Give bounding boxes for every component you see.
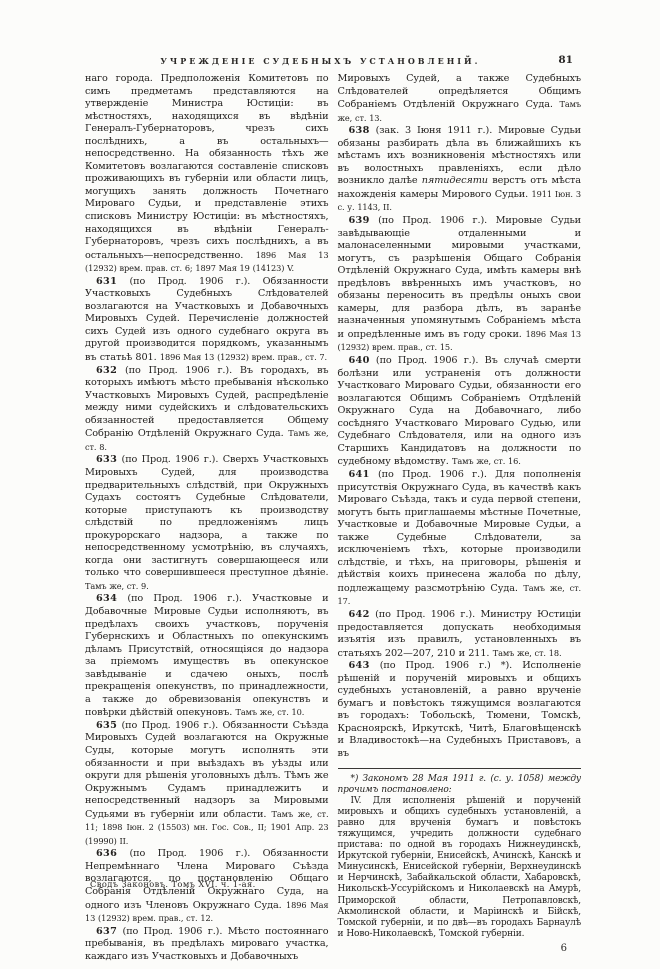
paragraph: *) Закономъ 28 Мая 1911 г. (с. у. 1058) … — [338, 774, 582, 796]
text-run: наго города. Предположенія Комитетовъ по… — [85, 73, 329, 261]
text-run: IV. Для исполненія рѣшеній и порученій м… — [338, 796, 582, 939]
text-run: (по Прод. 1906 г.). Обязанности Съѣзда М… — [85, 720, 329, 820]
text-run: *) Закономъ 28 Мая 1911 г. (с. у. 1058) … — [338, 774, 582, 795]
text-run: (по Прод. 1906 г.). Мировые Судьи завѣды… — [338, 215, 582, 340]
text-columns: наго города. Предположенія Комитетовъ по… — [85, 73, 581, 963]
paragraph: IV. Для исполненія рѣшеній и порученій м… — [338, 796, 582, 940]
text-run: 640 — [349, 355, 370, 366]
paragraph: Мировыхъ Судей, а также Судебныхъ Слѣдов… — [338, 73, 582, 125]
text-run: (по Прод. 1906 г.). Для пополненія прису… — [338, 469, 582, 594]
paragraph: наго города. Предположенія Комитетовъ по… — [85, 73, 329, 276]
paragraph: 638 (зак. 3 Іюня 1911 г.). Мировые Судьи… — [338, 125, 582, 215]
page-number: 81 — [558, 54, 573, 66]
text-run: Тамъ же, ст. 10. — [235, 707, 304, 717]
text-run: 637 — [96, 926, 117, 937]
text-run: Тамъ же, ст. 16. — [452, 456, 521, 466]
paragraph: 637 (по Прод. 1906 г.). Мѣсто постояннаг… — [85, 926, 329, 964]
text-run: (по Прод. 1906 г.). Сверхъ Участковыхъ М… — [85, 454, 329, 578]
text-run: 641 — [349, 469, 370, 480]
text-run: 633 — [96, 454, 117, 465]
footer-edition: Сводъ Законовъ. Томъ XVI. ч. 1-ая. — [90, 879, 256, 889]
scanned-book-page: УЧРЕЖДЕНІЕ СУДЕБНЫХЪ УСТАНОВЛЕНІЙ. 81 на… — [0, 0, 660, 969]
text-run: (по Прод. 1906 г.). Обязанности Участков… — [85, 276, 329, 363]
column-right-main: Мировыхъ Судей, а также Судебныхъ Слѣдов… — [338, 73, 582, 761]
paragraph: 640 (по Прод. 1906 г.). Въ случаѣ смерти… — [338, 355, 582, 469]
text-run: (по Прод. 1906 г.). Участковые и Добавоч… — [85, 593, 329, 718]
paragraph: 633 (по Прод. 1906 г.). Сверхъ Участковы… — [85, 454, 329, 593]
text-run: 643 — [349, 660, 370, 671]
text-run: 631 — [96, 276, 117, 287]
text-run: (по Прод. 1906 г.). Въ случаѣ смерти бол… — [338, 355, 582, 467]
column-left: наго города. Предположенія Комитетовъ по… — [85, 73, 329, 963]
text-run: 639 — [349, 215, 370, 226]
column-right: Мировыхъ Судей, а также Судебныхъ Слѣдов… — [338, 73, 582, 963]
running-header: УЧРЕЖДЕНІЕ СУДЕБНЫХЪ УСТАНОВЛЕНІЙ. 81 — [85, 56, 575, 70]
text-run: 636 — [96, 848, 117, 859]
paragraph: 634 (по Прод. 1906 г.). Участковые и Доб… — [85, 593, 329, 719]
paragraph: 639 (по Прод. 1906 г.). Мировые Судьи за… — [338, 215, 582, 355]
text-run: Тамъ же, ст. 18. — [493, 648, 562, 658]
text-run: 642 — [349, 609, 370, 620]
text-run: 1896 Мая 13 (12932) врем. прав., ст. 7. — [160, 352, 327, 362]
paragraph: 641 (по Прод. 1906 г.). Для пополненія п… — [338, 469, 582, 609]
paragraph: 643 (по Прод. 1906 г.) *). Исполненіе рѣ… — [338, 660, 582, 760]
text-run: 635 — [96, 720, 117, 731]
text-run: Мировыхъ Судей, а также Судебныхъ Слѣдов… — [338, 73, 582, 110]
sheet-number: 6 — [338, 943, 582, 954]
footnote: *) Закономъ 28 Мая 1911 г. (с. у. 1058) … — [338, 774, 582, 940]
text-run: (по Прод. 1906 г.). Мѣсто постояннаго пр… — [85, 926, 329, 962]
text-run: пятидесяти — [422, 175, 488, 186]
text-run: Тамъ же, ст. 9. — [85, 581, 149, 591]
text-run: (по Прод. 1906 г.) *). Исполненіе рѣшені… — [338, 660, 582, 759]
text-run: 638 — [349, 125, 370, 136]
paragraph: 632 (по Прод. 1906 г.). Въ городахъ, въ … — [85, 365, 329, 455]
paragraph: 642 (по Прод. 1906 г.). Министру Юстиціи… — [338, 609, 582, 660]
text-run: 632 — [96, 365, 117, 376]
text-run: 634 — [96, 593, 117, 604]
running-title: УЧРЕЖДЕНІЕ СУДЕБНЫХЪ УСТАНОВЛЕНІЙ. — [160, 56, 480, 66]
footnote-separator — [338, 768, 582, 769]
paragraph: 635 (по Прод. 1906 г.). Обязанности Съѣз… — [85, 720, 329, 848]
paragraph: 631 (по Прод. 1906 г.). Обязанности Учас… — [85, 276, 329, 365]
